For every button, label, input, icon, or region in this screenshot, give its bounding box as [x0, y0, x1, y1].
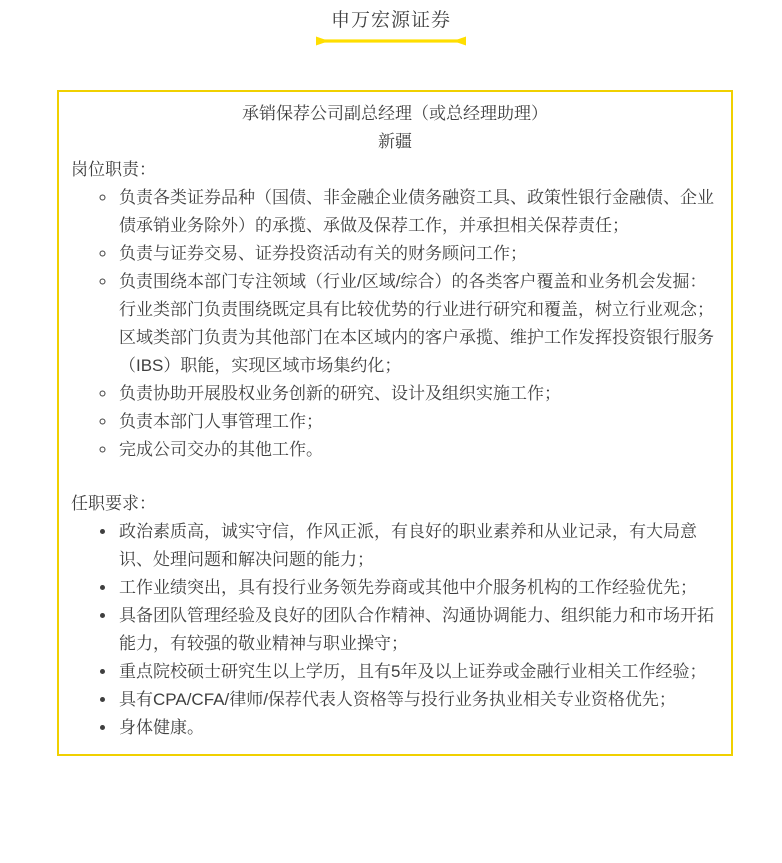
job-card: 承销保荐公司副总经理（或总经理助理） 新疆 岗位职责： 负责各类证券品种（国债、… [57, 90, 733, 756]
requirement-item: 具有CPA/CFA/律师/保荐代表人资格等与投行业务执业相关专业资格优先； [117, 686, 719, 714]
yellow-underline-decoration [316, 36, 466, 46]
requirement-item: 政治素质高，诚实守信，作风正派，有良好的职业素养和从业记录，有大局意识、处理问题… [117, 518, 719, 574]
requirement-item: 工作业绩突出，具有投行业务领先券商或其他中介服务机构的工作经验优先； [117, 574, 719, 602]
company-name: 申万宏源证券 [0, 9, 782, 33]
requirement-item: 具备团队管理经验及良好的团队合作精神、沟通协调能力、组织能力和市场开拓能力，有较… [117, 602, 719, 658]
responsibility-item: 完成公司交办的其他工作。 [117, 436, 719, 464]
job-title: 承销保荐公司副总经理（或总经理助理） [71, 100, 719, 128]
page-header: 申万宏源证券 [0, 0, 782, 46]
requirements-heading: 任职要求： [71, 490, 719, 518]
responsibility-item: 负责围绕本部门专注领域（行业/区域/综合）的各类客户覆盖和业务机会发掘：行业类部… [117, 268, 719, 380]
responsibility-item: 负责与证券交易、证券投资活动有关的财务顾问工作； [117, 240, 719, 268]
requirements-list: 政治素质高，诚实守信，作风正派，有良好的职业素养和从业记录，有大局意识、处理问题… [71, 518, 719, 742]
responsibility-item: 负责协助开展股权业务创新的研究、设计及组织实施工作； [117, 380, 719, 408]
job-location: 新疆 [71, 128, 719, 156]
requirement-item: 重点院校硕士研究生以上学历，且有5年及以上证券或金融行业相关工作经验； [117, 658, 719, 686]
responsibilities-heading: 岗位职责： [71, 156, 719, 184]
responsibility-item: 负责各类证券品种（国债、非金融企业债务融资工具、政策性银行金融债、企业债承销业务… [117, 184, 719, 240]
responsibility-item: 负责本部门人事管理工作； [117, 408, 719, 436]
requirement-item: 身体健康。 [117, 714, 719, 742]
responsibilities-list: 负责各类证券品种（国债、非金融企业债务融资工具、政策性银行金融债、企业债承销业务… [71, 184, 719, 464]
